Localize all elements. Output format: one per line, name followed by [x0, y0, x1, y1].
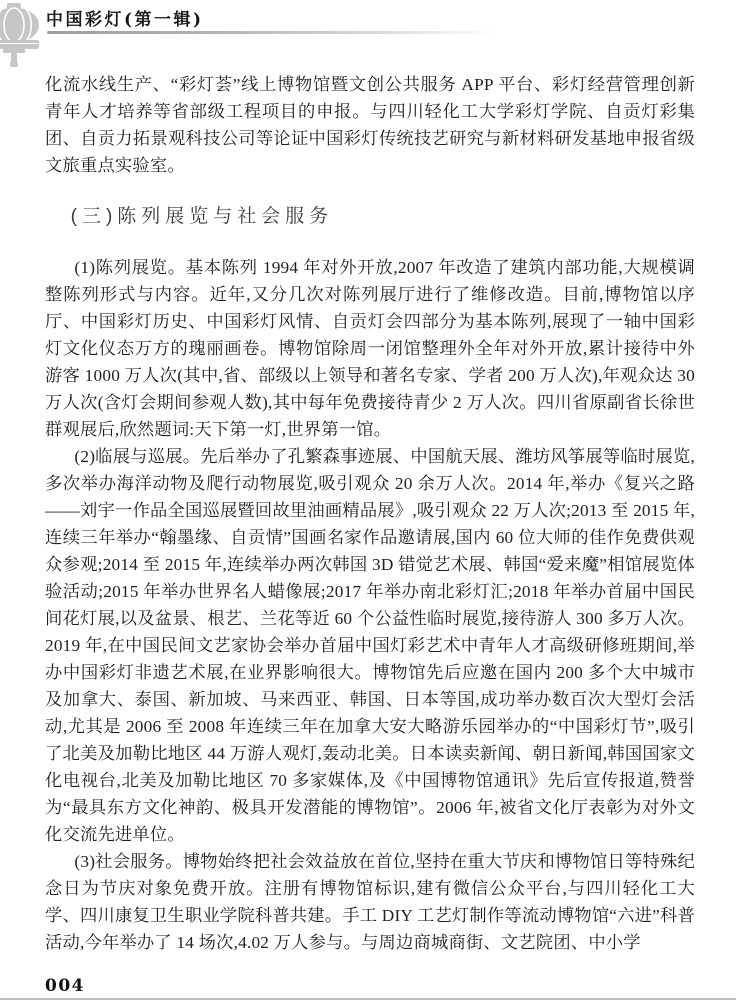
section-heading: (三)陈列展览与社会服务	[45, 201, 695, 228]
header-rule	[47, 31, 647, 34]
paragraph-display-exhibition: (1)陈列展览。基本陈列 1994 年对外开放,2007 年改造了建筑内部功能,…	[45, 254, 695, 443]
page-number: 004	[45, 976, 85, 996]
book-page: 中国彩灯(第一辑) 化流水线生产、“彩灯荟”线上博物馆暨文创公共服务 APP 平…	[0, 0, 736, 1000]
book-title: 中国彩灯(第一辑)	[46, 5, 204, 30]
lantern-icon	[0, 2, 43, 68]
paragraph-intro: 化流水线生产、“彩灯荟”线上博物馆暨文创公共服务 APP 平台、彩灯经营管理创新…	[45, 71, 695, 179]
page-content: 化流水线生产、“彩灯荟”线上博物馆暨文创公共服务 APP 平台、彩灯经营管理创新…	[45, 71, 695, 956]
paragraph-temporary-exhibitions: (2)临展与巡展。先后举办了孔繁森事迹展、中国航天展、潍坊风筝展等临时展览,多次…	[45, 443, 695, 848]
paragraph-social-service: (3)社会服务。博物始终把社会效益放在首位,坚持在重大节庆和博物馆日等特殊纪念日…	[45, 848, 695, 956]
